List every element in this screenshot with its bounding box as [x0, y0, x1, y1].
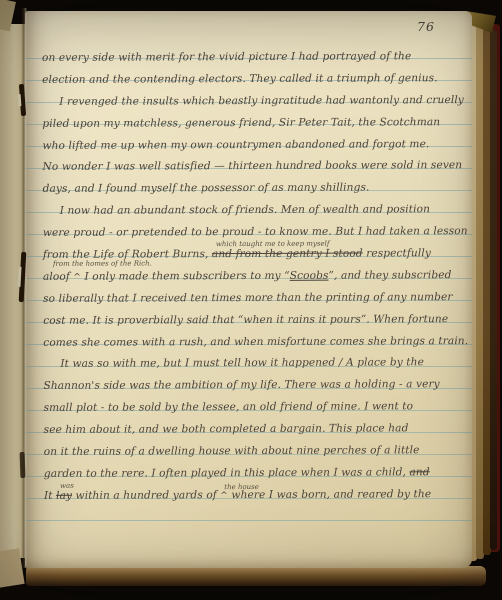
line-text: within a hundred yards of	[72, 489, 220, 502]
interlinear-insertion-below: from the homes of the Rich.	[53, 259, 152, 267]
stitch-thread	[17, 267, 21, 287]
manuscript-line: who lifted me up when my own countrymen …	[42, 134, 459, 158]
underlined-title: Scoobs	[290, 270, 329, 282]
notebook-page: 76 on every side with merit for the vivi…	[25, 11, 472, 568]
manuscript-line: cost me. It is proverbially said that “w…	[43, 309, 460, 333]
manuscript-line: so liberally that I received ten times m…	[43, 287, 460, 311]
line-text: I only made them subscribers to my “	[81, 270, 290, 283]
page-edges-strip	[490, 30, 497, 550]
struck-out-text: and from the gentry I stoodwhich taught …	[212, 248, 363, 261]
manuscript-line: see him about it, and we both completed …	[44, 418, 461, 442]
manuscript-line: election and the contending electors. Th…	[42, 68, 459, 92]
line-text: garden to the rere. I often played in th…	[44, 466, 410, 480]
page-number: 76	[417, 19, 435, 34]
line-text: aloof	[43, 271, 70, 283]
manuscript-line: small plot - to be sold by the lessee, a…	[44, 396, 461, 420]
manuscript-line: Shannon's side was the ambition of my li…	[43, 374, 460, 398]
binding-stitch	[20, 452, 26, 478]
struck-words: lay	[56, 490, 72, 502]
line-text: respectfully	[363, 247, 431, 259]
struck-out-text: laywas	[56, 490, 72, 502]
caret-mark: ^	[73, 273, 81, 283]
caret-glyph: ^	[220, 491, 228, 501]
struck-words: and from the gentry I stood	[212, 248, 363, 261]
manuscript-line: It was so with me, but I must tell how i…	[43, 353, 460, 377]
line-text: It	[44, 490, 56, 502]
manuscript-line: piled upon my matchless, generous friend…	[42, 112, 459, 136]
manuscript-line-with-correction: It laywas within a hundred yards of ^the…	[44, 484, 461, 508]
manuscript-line: on every side with merit for the vivid p…	[42, 46, 459, 70]
manuscript-photo: 76 on every side with merit for the vivi…	[0, 0, 502, 600]
caret-mark: ^the house	[220, 491, 228, 501]
manuscript-text: on every side with merit for the vivid p…	[42, 46, 461, 508]
stitch-thread	[18, 94, 22, 107]
struck-out-text: and	[409, 466, 429, 478]
manuscript-line: days, and I found myself the possessor o…	[43, 177, 460, 201]
bottom-page-edges	[26, 566, 486, 586]
manuscript-line: I revenged the insults which beastly ing…	[42, 90, 459, 114]
interlinear-insertion: was	[60, 482, 74, 490]
interlinear-insertion: which taught me to keep myself	[216, 240, 330, 248]
manuscript-line: on it the ruins of a dwelling house with…	[44, 440, 461, 464]
interlinear-insertion: the house	[224, 483, 259, 491]
line-text: ”, and they subscribed	[328, 269, 451, 282]
manuscript-line-with-underline: aloof ^ I only made them subscribers to …	[43, 265, 460, 289]
manuscript-line: comes she comes with a rush, and when mi…	[43, 331, 460, 355]
manuscript-line: No wonder I was well satisfied — thirtee…	[42, 156, 459, 180]
manuscript-line: I now had an abundant stock of friends. …	[43, 199, 460, 223]
